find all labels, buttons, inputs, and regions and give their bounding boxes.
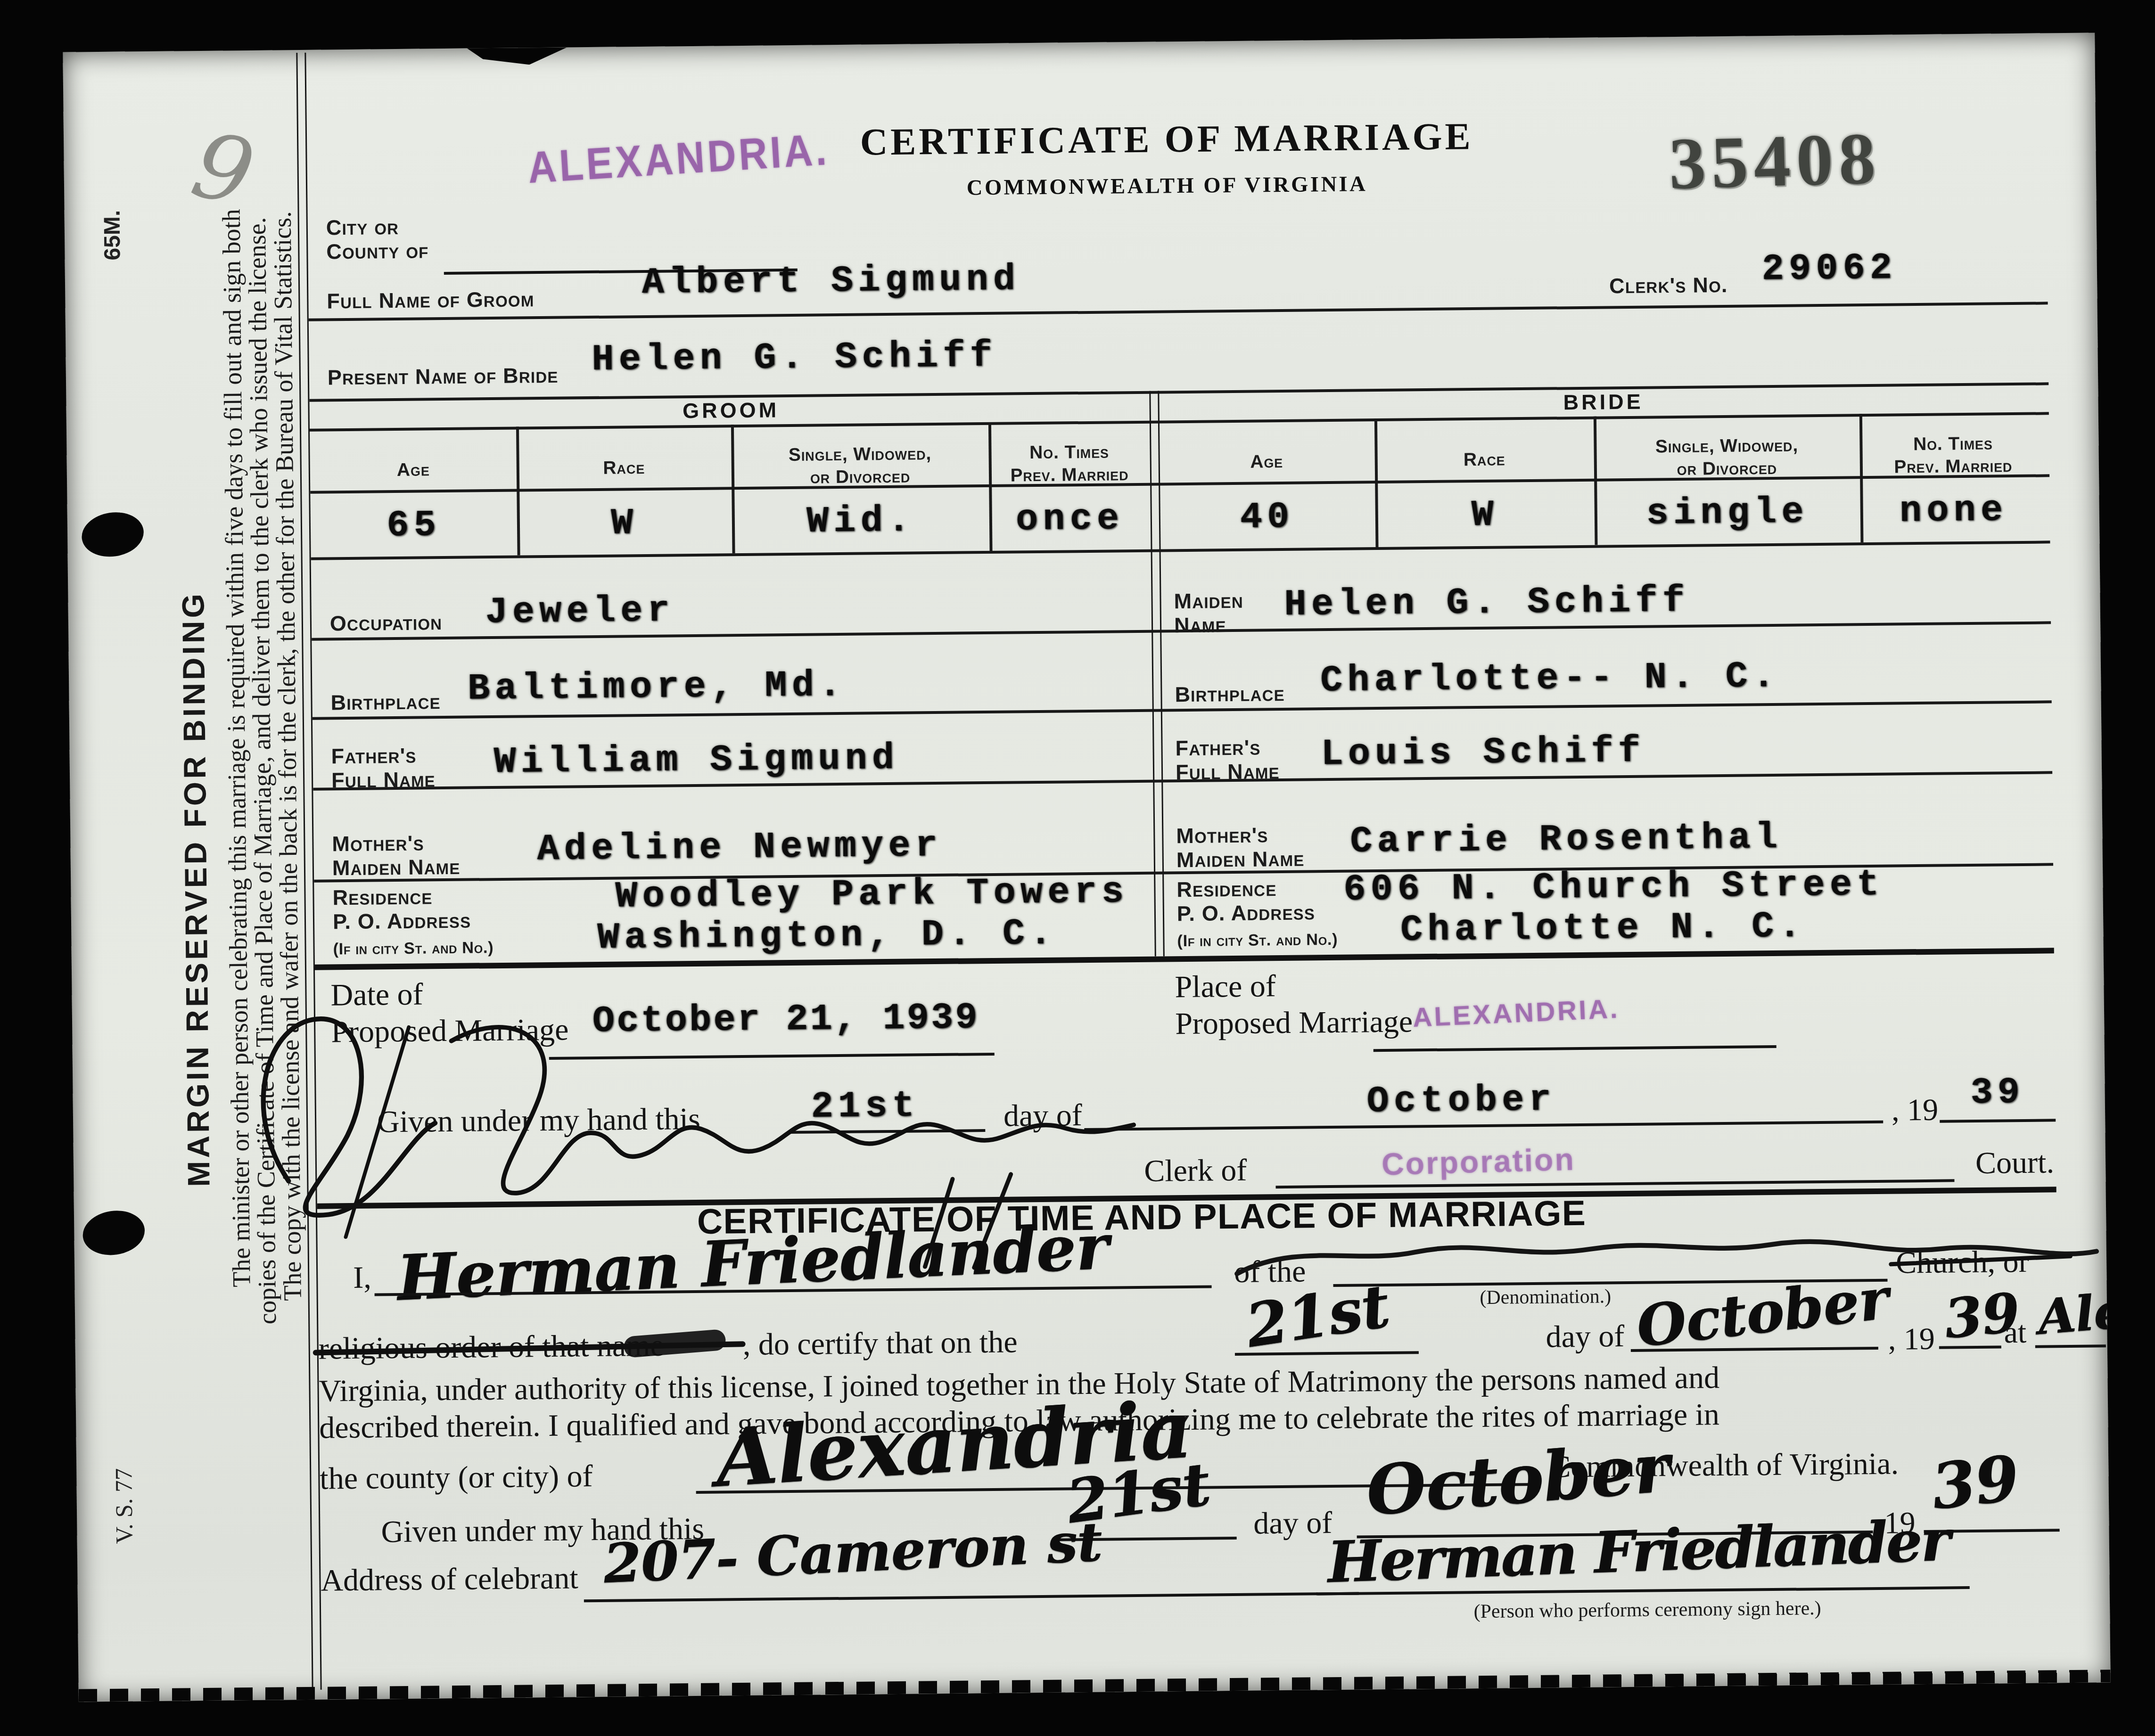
- groom-age-header: Age: [310, 458, 517, 482]
- at-word: at: [2004, 1314, 2026, 1351]
- groom-name-label: Full Name of Groom: [327, 288, 535, 314]
- place-stamp: ALEXANDRIA.: [1412, 995, 1620, 1035]
- court-word: Court.: [1975, 1144, 2055, 1182]
- groom-residence-line1: Woodley Park Towers: [615, 870, 1129, 917]
- sign-here-note: (Person who performs ceremony sign here.…: [1322, 1597, 1973, 1626]
- address-blank: [584, 1592, 1359, 1603]
- groom-race-value: W: [517, 501, 732, 545]
- given2-day-of: day of: [1253, 1505, 1332, 1542]
- bride-race-value: W: [1375, 493, 1595, 537]
- clerk-no-value: 29062: [1761, 246, 1897, 290]
- serial-number: 35408: [1668, 118, 1882, 207]
- comma-19-text: , 19: [1892, 1092, 1939, 1129]
- perforation-edge: [79, 1670, 2111, 1702]
- certificate-paper: 9 65M. MARGIN RESERVED FOR BINDING The m…: [63, 33, 2110, 1702]
- clerk-of-text: Clerk of: [1144, 1152, 1247, 1190]
- bride-race-header: Race: [1375, 448, 1594, 472]
- place-proposed-label: Place of Proposed Marriage: [1175, 966, 1413, 1042]
- margin-binding-note: MARGIN RESERVED FOR BINDING: [175, 591, 218, 1187]
- address-label: Address of celebrant: [321, 1560, 578, 1599]
- groom-status-value: Wid.: [732, 499, 990, 543]
- bride-age-value: 40: [1159, 495, 1375, 539]
- cert-place-blank: [2035, 1344, 2106, 1348]
- groom-residence-line2: Washington, D. C.: [597, 912, 1057, 959]
- city-county-label: City or County of: [326, 215, 429, 265]
- bride-status-value: single: [1594, 490, 1860, 535]
- photo-backdrop: 9 65M. MARGIN RESERVED FOR BINDING The m…: [0, 0, 2155, 1736]
- bride-birthplace-value: Charlotte-- N. C.: [1320, 655, 1780, 702]
- certificate-subtitle: COMMONWEALTH OF VIRGINIA: [743, 171, 1591, 204]
- given-month-blank: [1084, 1121, 1883, 1131]
- form-code: V. S. 77: [110, 1468, 140, 1544]
- bride-birthplace-label: Birthplace: [1175, 682, 1285, 708]
- maiden-name-value: Helen G. Schiff: [1284, 580, 1689, 626]
- bride-residence-line2: Charlotte N. C.: [1400, 905, 1806, 951]
- county-label: the county (or city) of: [320, 1458, 593, 1498]
- bride-residence-label: Residence P. O. Address (If in city St. …: [1176, 877, 1338, 952]
- print-code: 65M.: [101, 210, 127, 260]
- groom-status-header: Single, Widowed, or Divorced: [731, 442, 989, 489]
- cert-year-prefix: , 19: [1888, 1321, 1935, 1358]
- torn-notch: [463, 44, 573, 65]
- cert-day-of: day of: [1546, 1318, 1625, 1356]
- given-month-value: October: [1366, 1078, 1556, 1122]
- groom-name-value: Albert Sigmund: [642, 258, 1020, 304]
- rule-under-groom-name: [309, 302, 2048, 321]
- given-year-blank: [1940, 1119, 2056, 1122]
- groom-age-value: 65: [311, 503, 518, 548]
- certificate-title: CERTIFICATE OF MARRIAGE: [742, 114, 1591, 166]
- clerk-no-label: Clerk's No.: [1609, 274, 1728, 299]
- given2-month-script: October: [1364, 1429, 1672, 1532]
- groom-birthplace-label: Birthplace: [330, 690, 441, 716]
- bride-name-value: Helen G. Schiff: [592, 335, 997, 381]
- bride-times-value: none: [1860, 488, 2047, 532]
- place-blank: [1374, 1045, 1777, 1052]
- bride-name-label: Present Name of Bride: [328, 364, 559, 391]
- cert-year-blank: [1939, 1345, 2001, 1349]
- occupation-value: Jeweler: [485, 589, 674, 633]
- i-word: I,: [353, 1260, 371, 1296]
- bride-age-header: Age: [1159, 450, 1375, 474]
- bride-mother-value: Carrie Rosenthal: [1350, 816, 1783, 863]
- groom-birthplace-value: Baltimore, Md.: [468, 664, 846, 710]
- court-stamp: Corporation: [1381, 1142, 1576, 1184]
- groom-mother-value: Adeline Newmyer: [537, 824, 942, 870]
- punch-hole-top: [79, 508, 147, 561]
- bride-status-header: Single, Widowed, or Divorced: [1594, 434, 1860, 480]
- bride-father-value: Louis Schiff: [1321, 730, 1645, 776]
- certify-phrase: , do certify that on the: [742, 1324, 1018, 1363]
- groom-father-value: William Sigmund: [494, 737, 899, 783]
- bride-times-header: No. Times Prev. Married: [1859, 432, 2047, 477]
- given-year-value: 39: [1970, 1071, 2025, 1114]
- bride-mother-label: Mother's Maiden Name: [1176, 824, 1305, 874]
- groom-mother-label: Mother's Maiden Name: [332, 832, 461, 882]
- court-blank: [1276, 1179, 1955, 1188]
- groom-times-value: once: [989, 497, 1151, 541]
- groom-residence-label: Residence P. O. Address (If in city St. …: [332, 885, 494, 960]
- bride-residence-line1: 606 N. Church Street: [1343, 863, 1884, 911]
- denomination-note: (Denomination.): [1425, 1286, 1666, 1311]
- groom-race-header: Race: [517, 456, 732, 480]
- punch-hole-bottom: [80, 1207, 148, 1260]
- groom-times-header: No. Times Prev. Married: [988, 441, 1150, 486]
- occupation-label: Occupation: [330, 611, 443, 637]
